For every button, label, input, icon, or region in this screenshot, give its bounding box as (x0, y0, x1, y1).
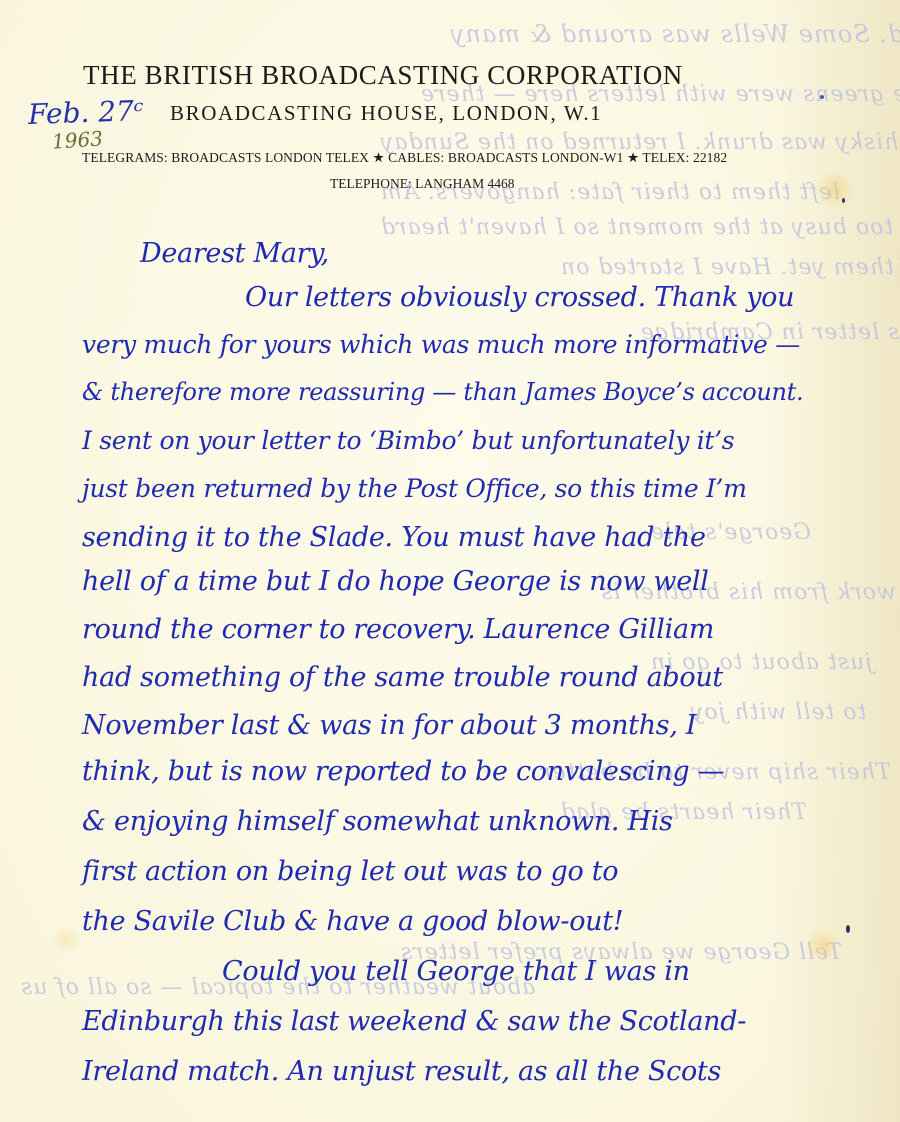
letter-line: sending it to the Slade. You must have h… (82, 522, 706, 553)
letter-line: had something of the same trouble round … (82, 662, 723, 693)
letterhead-telephone: TELEPHONE: LANGHAM 4468 (330, 176, 515, 192)
bleed-through-line: from either of them yet. Have I started … (560, 255, 900, 280)
paper-stain (815, 170, 855, 210)
bleed-through-line: to tell with joy (690, 700, 866, 725)
handwritten-date: Feb. 27ᶜ (27, 94, 144, 131)
letter-line: very much for yours which was much more … (82, 330, 800, 359)
letter-page: with me extended. Some Wells was around … (0, 0, 900, 1122)
ink-speck (820, 95, 824, 99)
letter-line: round the corner to recovery. Laurence G… (82, 614, 714, 645)
letter-line: just been returned by the Post Office, s… (82, 474, 747, 503)
ink-speck (842, 198, 845, 203)
pencil-year: 1963 (51, 126, 103, 153)
letter-line: Edinburgh this last weekend & saw the Sc… (82, 1006, 746, 1037)
letter-line: first action on being let out was to go … (82, 856, 618, 887)
bleed-through-line: too busy at the moment so I haven't hear… (380, 215, 893, 240)
letter-line: hell of a time but I do hope George is n… (82, 566, 709, 597)
ink-speck (846, 925, 850, 933)
paper-stain (50, 925, 80, 955)
letterhead-organization: THE BRITISH BROADCASTING CORPORATION (83, 60, 683, 91)
paper-stain (808, 925, 838, 965)
letter-line: Ireland match. An unjust result, as all … (82, 1056, 721, 1087)
letter-line: Our letters obviously crossed. Thank you (245, 282, 794, 313)
letter-line: I sent on your letter to ‘Bimbo’ but unf… (82, 426, 734, 455)
letterhead-address: BROADCASTING HOUSE, LONDON, W.1 (170, 101, 602, 126)
letter-line: & therefore more reassuring — than James… (82, 378, 803, 406)
salutation: Dearest Mary, (140, 238, 329, 269)
letterhead-contacts: TELEGRAMS: BROADCASTS LONDON TELEX ★ CAB… (82, 150, 727, 166)
letter-line: think, but is now reported to be convale… (82, 756, 724, 787)
letter-line: & enjoying himself somewhat unknown. His (82, 806, 673, 837)
letter-line: Could you tell George that I was in (222, 956, 690, 987)
letter-line: November last & was in for about 3 month… (82, 710, 696, 741)
letter-line: the Savile Club & have a good blow-out! (82, 906, 623, 937)
bleed-through-line: with me extended. Some Wells was around … (450, 20, 900, 48)
